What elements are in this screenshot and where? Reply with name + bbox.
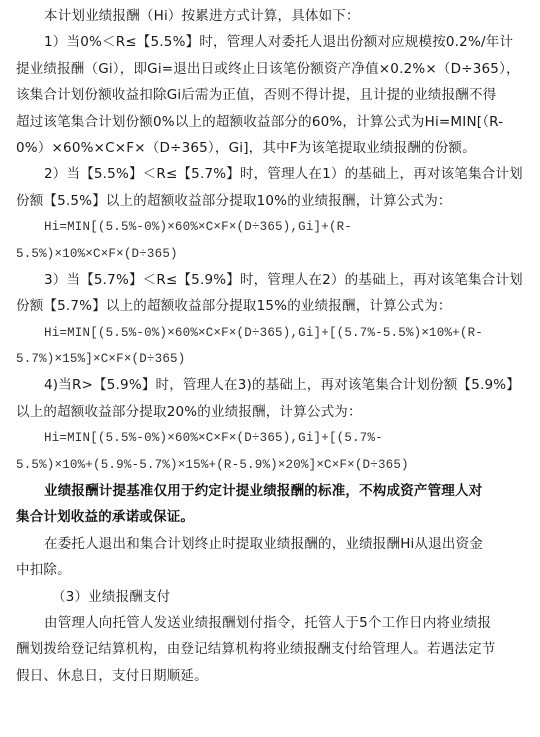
case-2-line: 份额【5.5%】以上的超额收益部分提取10%的业绩报酬，计算公式为： (16, 188, 528, 214)
case-1-paragraph: 1）当0%＜R≤【5.5%】时，管理人对委托人退出份额对应规模按0.2%/年计 … (16, 29, 528, 161)
case-4-formula: 5.5%)×10%+(5.9%-5.7%)×15%+(R-5.9%)×20%]×… (16, 452, 528, 478)
case-4-formula: Hi=MIN[(5.5%-0%)×60%×C×F×(D÷365),Gi]+[(5… (16, 425, 528, 451)
case-1-line: 该集合计划份额收益扣除Gi后需为正值，否则不得计提，且计提的业绩报酬不得 (16, 82, 528, 108)
case-3-paragraph: 3）当【5.7%】＜R≤【5.9%】时，管理人在2）的基础上，再对该笔集合计划 … (16, 267, 528, 373)
case-4-line: 以上的超额收益部分提取20%的业绩报酬，计算公式为： (16, 399, 528, 425)
case-1-line: 0%）×60%×C×F×（D÷365），Gi]，其中F为该笔提取业绩报酬的份额。 (16, 135, 528, 161)
deduction-paragraph: 在委托人退出和集合计划终止时提取业绩报酬的，业绩报酬Hi从退出资金 中扣除。 (16, 531, 528, 584)
case-3-formula: 5.7%)×15%]×C×F×(D÷365) (16, 346, 528, 372)
case-4-line: 4)当R>【5.9%】时，管理人在3)的基础上，再对该笔集合计划份额【5.9%】 (16, 372, 528, 398)
case-2-line: 2）当【5.5%】＜R≤【5.7%】时，管理人在1）的基础上，再对该笔集合计划 (16, 161, 528, 187)
document-body: 本计划业绩报酬（Hi）按累进方式计算，具体如下： 1）当0%＜R≤【5.5%】时… (16, 3, 528, 689)
deduction-line: 中扣除。 (16, 557, 528, 583)
disclaimer-paragraph: 业绩报酬计提基准仅用于约定计提业绩报酬的标准，不构成资产管理人对 集合计划收益的… (16, 478, 528, 531)
disclaimer-line: 业绩报酬计提基准仅用于约定计提业绩报酬的标准，不构成资产管理人对 (16, 478, 528, 504)
case-4-paragraph: 4)当R>【5.9%】时，管理人在3)的基础上，再对该笔集合计划份额【5.9%】… (16, 372, 528, 478)
payment-paragraph: 由管理人向托管人发送业绩报酬划付指令，托管人于5个工作日内将业绩报 酬划拨给登记… (16, 610, 528, 689)
case-2-formula: 5.5%)×10%×C×F×(D÷365) (16, 241, 528, 267)
case-2-paragraph: 2）当【5.5%】＜R≤【5.7%】时，管理人在1）的基础上，再对该笔集合计划 … (16, 161, 528, 267)
case-1-line: 超过该笔集合计划份额0%以上的超额收益部分的60%，计算公式为Hi=MIN[（R… (16, 109, 528, 135)
payment-heading: （3）业绩报酬支付 (16, 584, 528, 610)
case-3-formula: Hi=MIN[(5.5%-0%)×60%×C×F×(D÷365),Gi]+[(5… (16, 320, 528, 346)
payment-line: 酬划拨给登记结算机构，由登记结算机构将业绩报酬支付给管理人。若遇法定节 (16, 636, 528, 662)
deduction-line: 在委托人退出和集合计划终止时提取业绩报酬的，业绩报酬Hi从退出资金 (16, 531, 528, 557)
case-3-line: 份额【5.7%】以上的超额收益部分提取15%的业绩报酬，计算公式为： (16, 293, 528, 319)
case-3-line: 3）当【5.7%】＜R≤【5.9%】时，管理人在2）的基础上，再对该笔集合计划 (16, 267, 528, 293)
case-1-line: 1）当0%＜R≤【5.5%】时，管理人对委托人退出份额对应规模按0.2%/年计 (16, 29, 528, 55)
case-1-line: 提业绩报酬（Gi），即Gi=退出日或终止日该笔份额资产净值×0.2%×（D÷36… (16, 56, 528, 82)
payment-line: 由管理人向托管人发送业绩报酬划付指令，托管人于5个工作日内将业绩报 (16, 610, 528, 636)
intro-paragraph: 本计划业绩报酬（Hi）按累进方式计算，具体如下： (16, 3, 528, 29)
disclaimer-line: 集合计划收益的承诺或保证。 (16, 504, 528, 530)
payment-line: 假日、休息日，支付日期顺延。 (16, 663, 528, 689)
case-2-formula: Hi=MIN[(5.5%-0%)×60%×C×F×(D÷365),Gi]+(R- (16, 214, 528, 240)
